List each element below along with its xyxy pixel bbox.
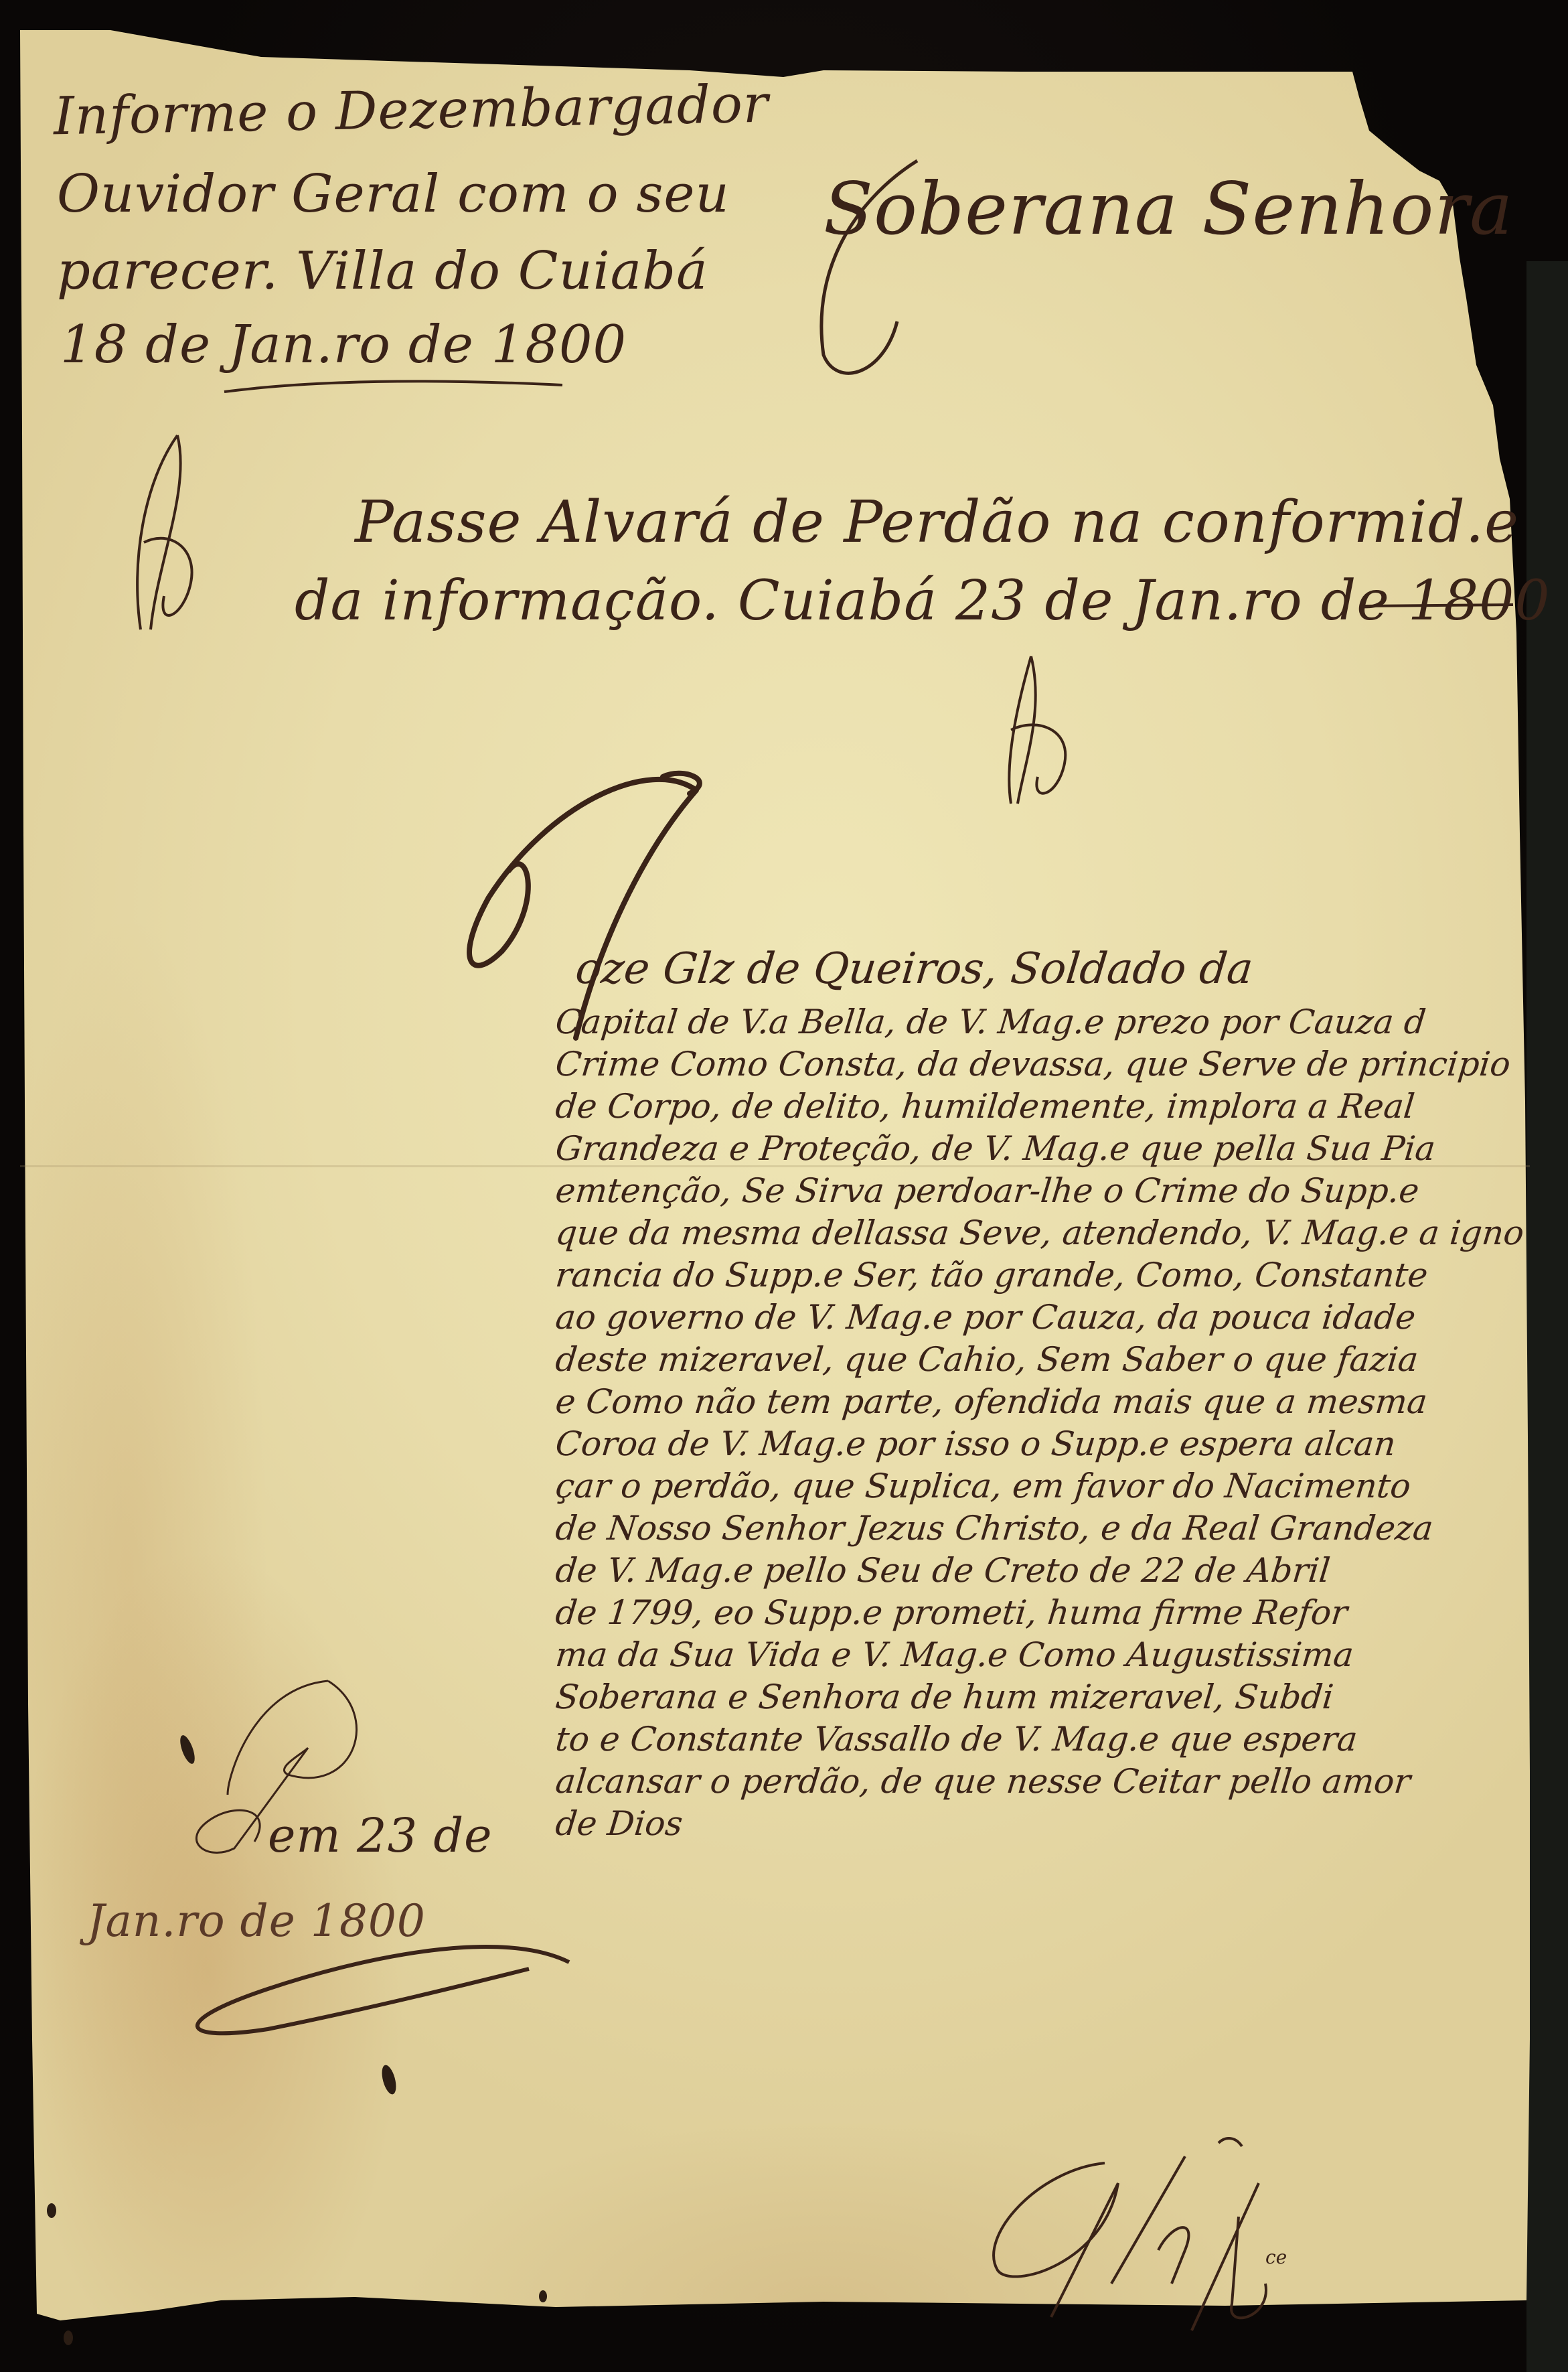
petition-line: ao governo de V. Mag.e por Cauza, da pou… xyxy=(554,1296,1522,1339)
petition-line: Soberana e Senhora de hum mizeravel, Sub… xyxy=(554,1676,1522,1718)
underline-icon xyxy=(1359,599,1520,613)
petition-line: Capital de V.a Bella, de V. Mag.e prezo … xyxy=(554,1001,1522,1043)
petition-line: de Corpo, de delito, humildemente, implo… xyxy=(554,1086,1522,1128)
petition-line: to e Constante Vassallo de V. Mag.e que … xyxy=(554,1718,1522,1761)
ink-blot xyxy=(539,2290,547,2302)
marginal-note-line: parecer. Villa do Cuiabá xyxy=(57,241,708,301)
petition-line: de V. Mag.e pello Seu de Creto de 22 de … xyxy=(554,1550,1522,1592)
marginal-note-line: 18 de Jan.ro de 1800 xyxy=(60,315,627,375)
petition-line: deste mizeravel, que Cahio, Sem Saber o … xyxy=(554,1339,1522,1381)
petition-line: Grandeza e Proteção, de V. Mag.e que pel… xyxy=(554,1128,1522,1170)
dispatch-note-line: Passe Alvará de Perdão na conformid.e xyxy=(355,489,1519,556)
petition-line: de Nosso Senhor Jezus Christo, e da Real… xyxy=(554,1507,1522,1550)
marginal-note-line: Ouvidor Geral com o seu xyxy=(57,164,730,224)
petition-line: oze Glz de Queiros, Soldado da xyxy=(552,938,1523,1001)
petition-line: e Como não tem parte, ofendida mais que … xyxy=(554,1381,1522,1423)
petition-line: emtenção, Se Sirva perdoar-lhe o Crime d… xyxy=(554,1170,1522,1212)
marginal-date-flourish-icon xyxy=(100,1929,582,2049)
petition-line: rancia do Supp.e Ser, tão grande, Como, … xyxy=(554,1254,1522,1296)
petition-line: çar o perdão, que Suplica, em favor do N… xyxy=(554,1465,1522,1507)
petition-line: Crime Como Consta, da devassa, que Serve… xyxy=(554,1043,1522,1086)
marginal-note-line: Informe o Dezembargador xyxy=(53,74,769,147)
petition-line: de 1799, eo Supp.e prometi, huma firme R… xyxy=(554,1592,1522,1634)
marginal-date-line: em 23 de xyxy=(268,1808,493,1863)
salutation-flourish-icon xyxy=(783,154,944,395)
petition-line: ma da Sua Vida e V. Mag.e Como Augustiss… xyxy=(554,1634,1522,1676)
petition-body: oze Glz de Queiros, Soldado da Capital d… xyxy=(556,938,1520,1845)
closing-signature-icon: ce xyxy=(971,2130,1292,2351)
ink-blot xyxy=(47,2203,56,2218)
petition-line: alcansar o perdão, de que nesse Ceitar p… xyxy=(554,1761,1522,1803)
svg-text:ce: ce xyxy=(1265,2246,1287,2268)
petition-line: que da mesma dellassa Seve, atendendo, V… xyxy=(554,1212,1522,1254)
petition-line: Coroa de V. Mag.e por isso o Supp.e espe… xyxy=(554,1423,1522,1465)
petition-line: de Dios xyxy=(554,1803,1522,1845)
ink-blot xyxy=(64,2330,73,2345)
underline-flourish-icon xyxy=(221,372,569,398)
